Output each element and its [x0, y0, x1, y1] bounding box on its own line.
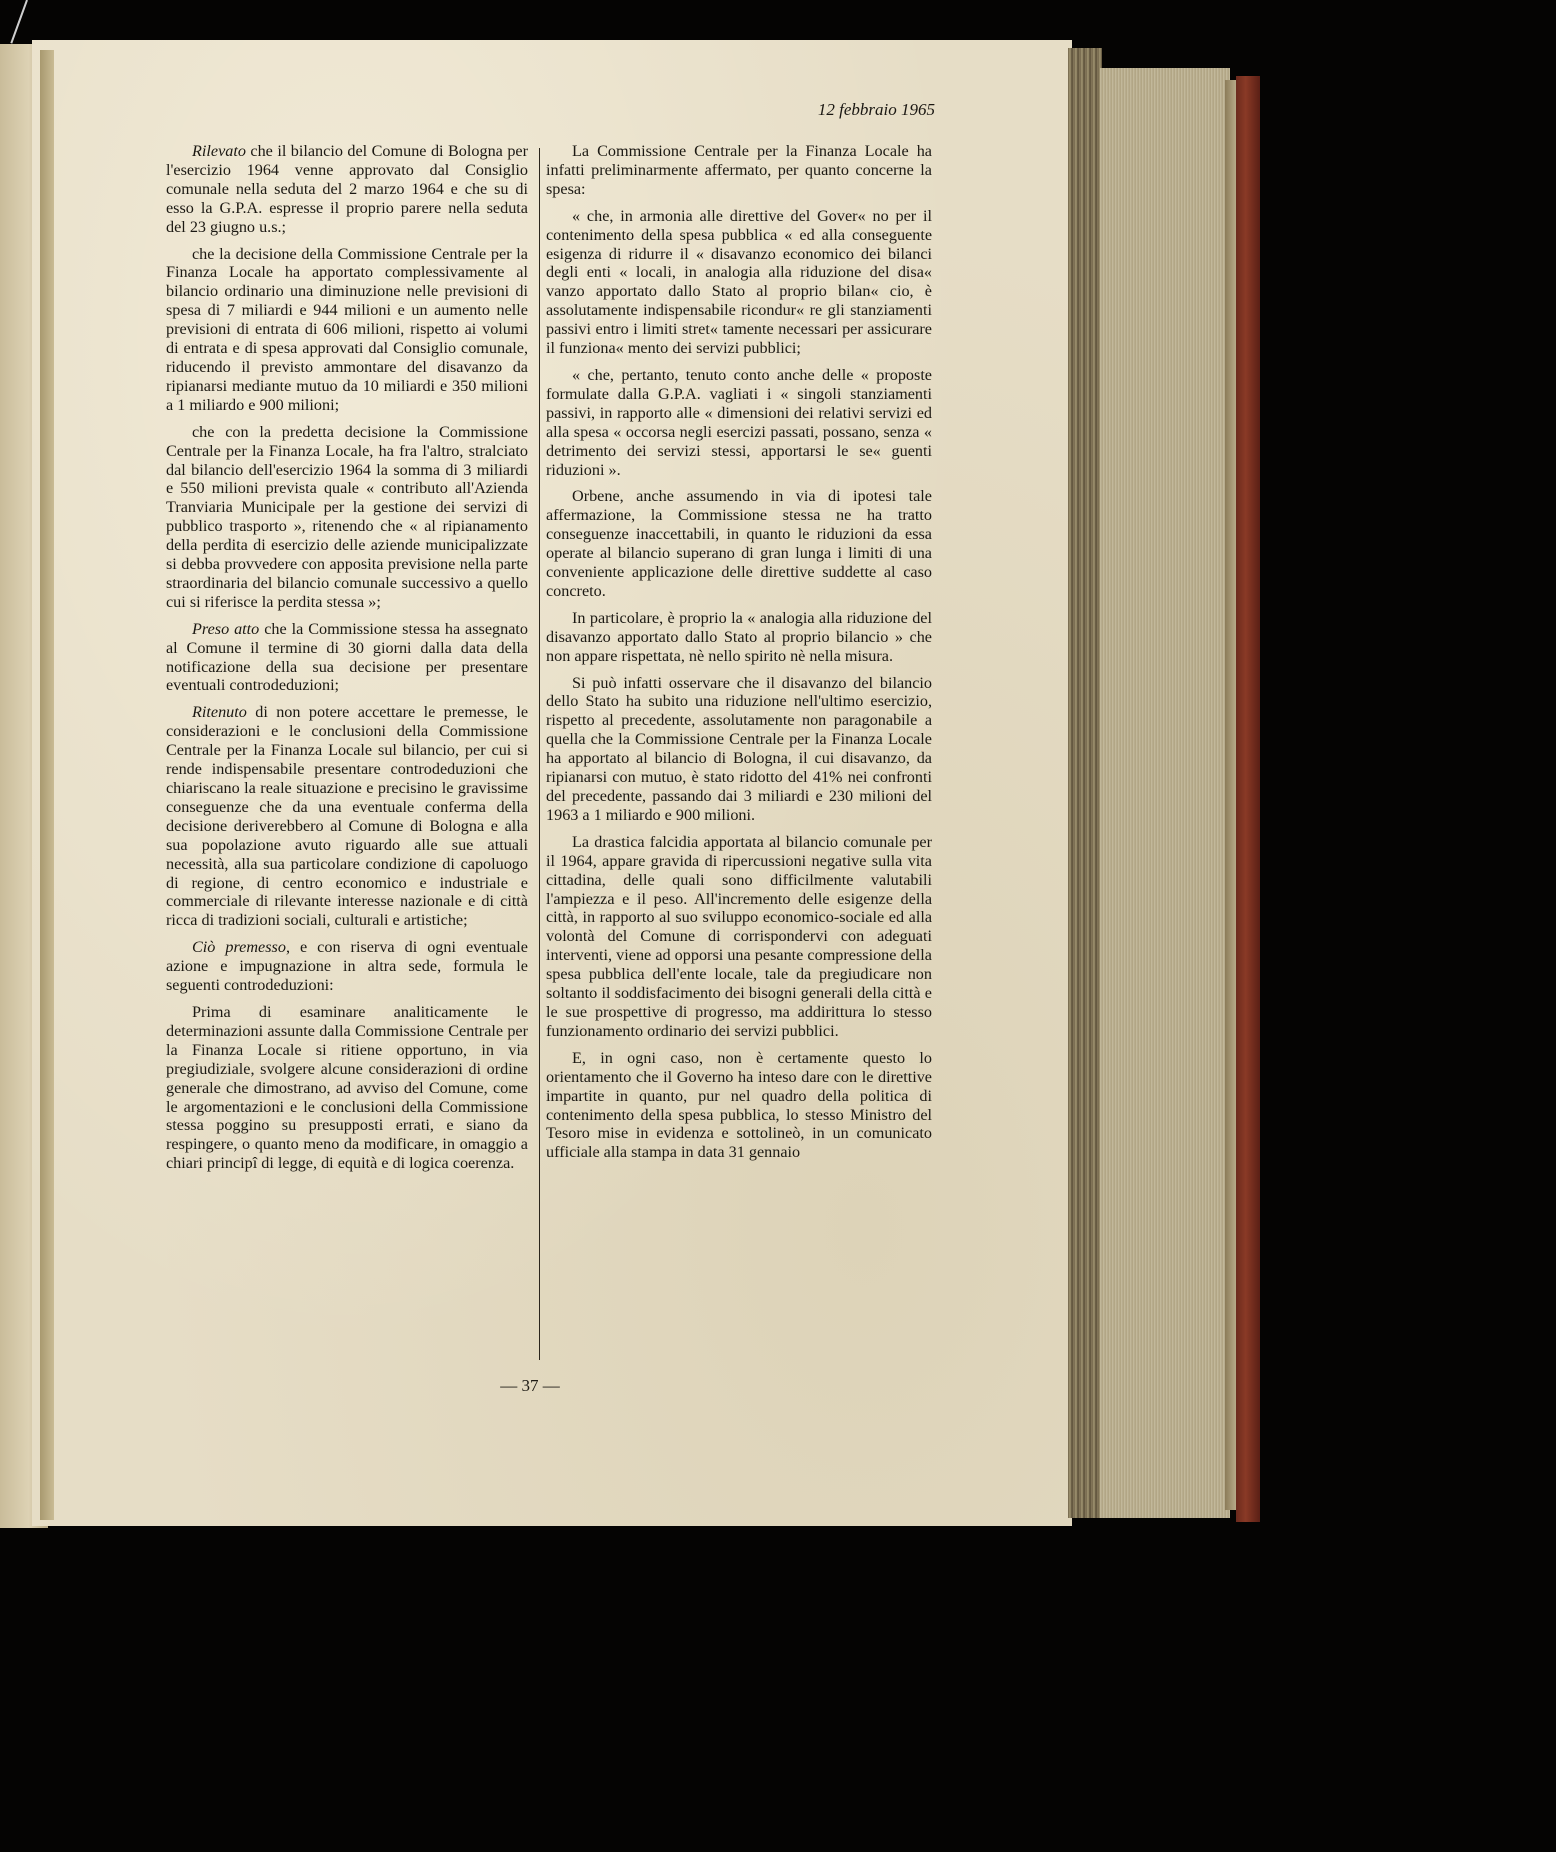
- book-block: [1100, 68, 1230, 1518]
- paragraph: Ciò premesso, e con riserva di ogni even…: [166, 938, 528, 995]
- paragraph: Si può infatti osservare che il disavanz…: [546, 674, 932, 825]
- paragraph: In particolare, è proprio la « analogia …: [546, 609, 932, 666]
- paragraph: Orbene, anche assumendo in via di ipotes…: [546, 487, 932, 600]
- paragraph: E, in ogni caso, non è certamente questo…: [546, 1049, 932, 1162]
- paragraph: Ritenuto di non potere accettare le prem…: [166, 703, 528, 930]
- column-divider: [539, 148, 540, 1360]
- paragraph: Preso atto che la Commissione stessa ha …: [166, 620, 528, 696]
- gutter: [40, 50, 54, 1520]
- paragraph: La drastica falcidia apportata al bilanc…: [546, 833, 932, 1041]
- quoted-paragraph: « che, in armonia alle direttive del Gov…: [546, 207, 932, 358]
- book-cover: [1236, 76, 1260, 1522]
- paragraph-lead: Ritenuto: [192, 703, 247, 721]
- left-column: Rilevato che il bilancio del Comune di B…: [166, 142, 528, 1181]
- page-edges: [1068, 48, 1102, 1518]
- quoted-paragraph: « che, pertanto, tenuto conto anche dell…: [546, 366, 932, 479]
- paragraph-lead: Preso atto: [192, 620, 259, 638]
- paragraph-lead: Ciò premesso: [192, 938, 286, 956]
- paragraph: Prima di esaminare analiticamente le det…: [166, 1003, 528, 1173]
- paragraph: La Commissione Centrale per la Finanza L…: [546, 142, 932, 199]
- paragraph: che la decisione della Commissione Centr…: [166, 245, 528, 415]
- right-column: La Commissione Centrale per la Finanza L…: [546, 142, 932, 1170]
- page-number: — 37 —: [490, 1376, 570, 1396]
- running-header-date: 12 febbraio 1965: [780, 100, 935, 120]
- paragraph-lead: Rilevato: [192, 142, 246, 160]
- paragraph: Rilevato che il bilancio del Comune di B…: [166, 142, 528, 237]
- bookmark-string: [10, 0, 28, 44]
- paragraph: che con la predetta decisione la Commiss…: [166, 423, 528, 612]
